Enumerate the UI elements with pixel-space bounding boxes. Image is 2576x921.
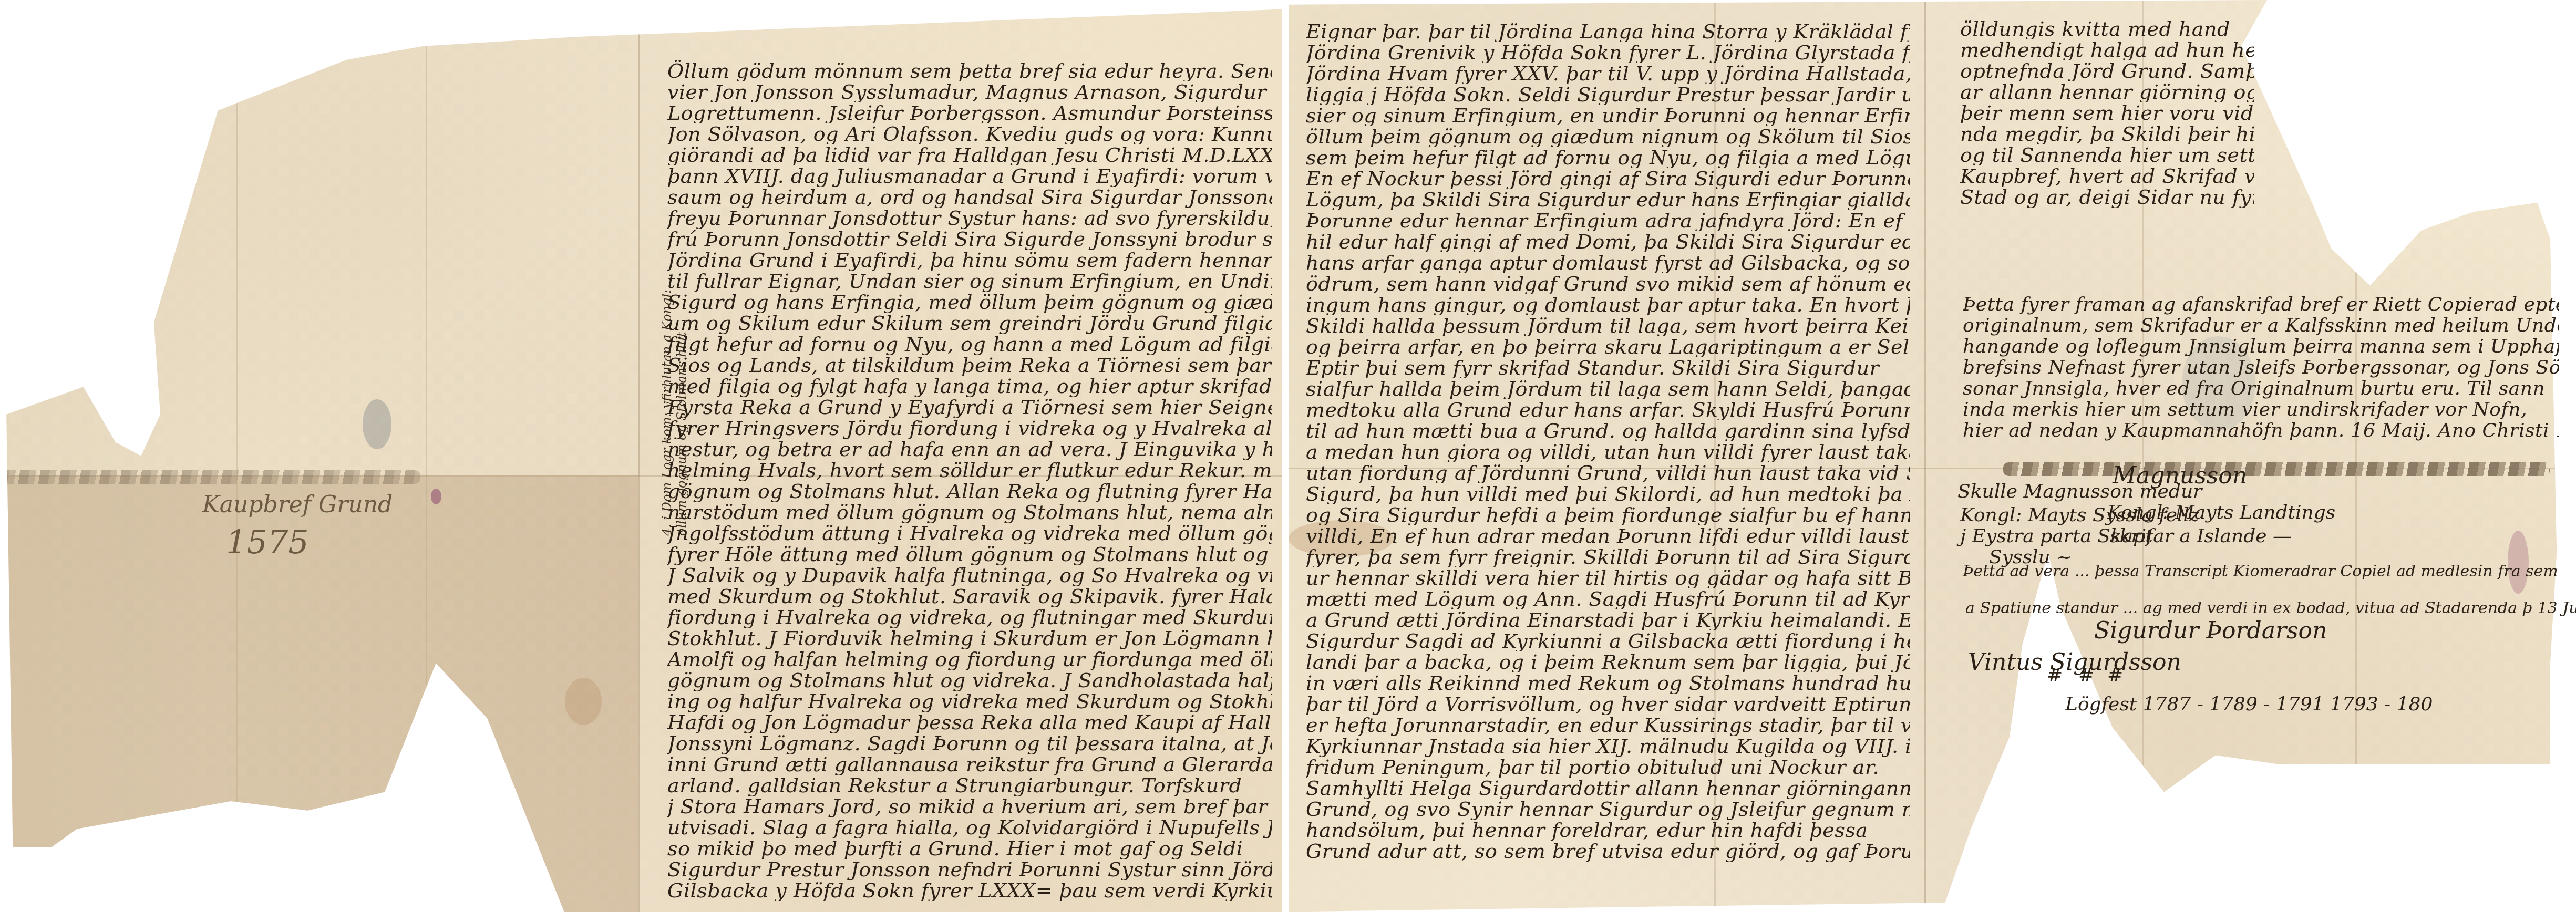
manuscript-line: medhendigt halga ad hun hefdi full (1960, 39, 2254, 60)
manuscript-line: sialfur hallda þeim Jördum til laga sem … (1306, 378, 1910, 399)
manuscript-line: originalnum, sem Skrifadur er a Kalfsski… (1963, 315, 2559, 336)
manuscript-line: fyrer Hringsvers Jördu fiordung i vidrek… (667, 418, 1272, 439)
deed-text-column-2: Eignar þar. þar til Jördina Langa hina S… (1306, 21, 1910, 862)
manuscript-line: so mikid þo med þurfti a Grund. Hier i m… (667, 838, 1272, 859)
manuscript-line: Sios og Lands, at tilskildum þeim Reka a… (667, 355, 1272, 376)
manuscript-line: mætti med Lögum og Ann. Sagdi Husfrú Þor… (1306, 588, 1910, 609)
binding-thread (0, 470, 420, 484)
manuscript-line: handsölum, þui hennar foreldrar, edur hi… (1306, 820, 1910, 841)
manuscript-line: med Skurdum og Stokhlut. Saravik og Skip… (667, 586, 1272, 607)
manuscript-line: ölldungis kvitta med hand (1960, 18, 2254, 39)
manuscript-line: ing og halfur Hvalreka og vidreka med Sk… (667, 691, 1272, 712)
manuscript-line: villdi, En ef hun adrar medan Þorunn lif… (1306, 525, 1910, 546)
manuscript-line: ödrum, sem hann vidgaf Grund svo mikid s… (1306, 273, 1910, 294)
manuscript-line: gögnum og Stolmans hlut og vidreka. J Sa… (667, 670, 1272, 691)
manuscript-line: sem þeim hefur filgt ad fornu og Nyu, og… (1306, 147, 1910, 168)
manuscript-line: Sigurd og hans Erfingia, med öllum þeim … (667, 292, 1272, 313)
manuscript-line: Fyrsta Reka a Grund y Eyafyrdi a Tiörnes… (667, 397, 1272, 418)
manuscript-line: J Salvik og y Dupavik halfa flutninga, o… (667, 565, 1272, 586)
manuscript-line: og Sira Sigurdur hefdi a þeim fiordunge … (1306, 504, 1910, 525)
endorsement-title: Kaupbref Grund (202, 491, 393, 518)
manuscript-line: a medan hun giora og villdi, utan hun vi… (1306, 441, 1910, 462)
manuscript-line: Þorunne edur hennar Erfingium adra jafnd… (1306, 210, 1910, 231)
fold-line (2355, 0, 2357, 921)
signature-line: skrifar a Islande — (2110, 525, 2292, 547)
manuscript-line: Eptir þui sem fyrr skrifad Standur. Skil… (1306, 357, 1910, 378)
signature-line: Kongl: Mayts Landtings (2107, 502, 2335, 523)
manuscript-line: er hefta Jorunnarstadir, en edur Kussiri… (1306, 715, 1910, 736)
manuscript-line: arland. galldsian Rekstur a Strungiarbun… (667, 775, 1272, 796)
notary-note-line: a Spatiune standur ... ag med verdi in e… (1965, 599, 2576, 617)
manuscript-line: ingum hans gingur, og domlaust þar aptur… (1306, 294, 1910, 315)
manuscript-line: fridum Peningum, þar til portio obitulud… (1306, 757, 1910, 778)
manuscript-line: fyrer Höle ättung med öllum gögnum og St… (667, 544, 1272, 565)
manuscript-line: Sigurd, þa hun villdi med þui Skilordi, … (1306, 483, 1910, 504)
mark-symbol: # (2078, 665, 2094, 686)
signature-witness: Vintus Sigurdsson (1968, 649, 2181, 676)
signature-line: Magnusson (2113, 462, 2247, 489)
manuscript-line: þann XVIIJ. dag Juliusmanadar a Grund i … (667, 165, 1272, 187)
manuscript-line: hil edur half gingi af med Domi, þa Skil… (1306, 231, 1910, 252)
manuscript-line: Kyrkiunnar Jnstada sia hier XIJ. mälnudu… (1306, 736, 1910, 757)
manuscript-line: Skildi hallda þessum Jördum til laga, se… (1306, 315, 1910, 336)
fold-line (426, 0, 427, 921)
manuscript-line: giörandi ad þa lidid var fra Halldgan Je… (667, 144, 1272, 165)
manuscript-line: liggia j Höfda Sokn. Seldi Sigurdur Pres… (1306, 84, 1910, 105)
manuscript-line: þeir menn sem hier voru vidstaddir, (1960, 102, 2254, 123)
manuscript-line: optnefnda Jörd Grund. Samþyktu (1960, 60, 2254, 81)
manuscript-line: Jördina Grenivik y Höfda Sokn fyrer L. J… (1306, 42, 1910, 63)
manuscript-line: sier og sinum Erfingium, en undir Þorunn… (1306, 105, 1910, 126)
manuscript-line: Sigurdur Prestur Jonsson nefndri Þorunni… (667, 859, 1272, 880)
manuscript-line: hier ad nedan y Kaupmannahöfn þann. 16 M… (1963, 420, 2559, 441)
manuscript-line: filgt hefur ad fornu og Nyu, og hann a m… (667, 334, 1272, 355)
signature-sigurdur-thordarson: Sigurdur Þordarson (2094, 617, 2327, 644)
manuscript-line: fyrer, þa sem fyrr freignir. Skilldi Þor… (1306, 546, 1910, 567)
manuscript-line: saum og heirdum a, ord og handsal Sira S… (667, 187, 1272, 208)
manuscript-line: um og Skilum edur Skilum sem greindri Jö… (667, 313, 1272, 334)
manuscript-line: in væri alls Reikinnd med Rekum og Stolm… (1306, 672, 1910, 694)
manuscript-line: vier Jon Jonsson Sysslumadur, Magnus Arn… (667, 81, 1272, 102)
attestation-paragraph: Þetta fyrer framan ag afanskrifad bref e… (1963, 294, 2559, 441)
manuscript-line: ur hennar skilldi vera hier til hirtis o… (1306, 567, 1910, 588)
endorsement-year: 1575 (226, 523, 309, 561)
fold-line (1924, 0, 1926, 921)
manuscript-line: inni Grund ætti gallannausa reikstur fra… (667, 754, 1272, 775)
binding-thread (2003, 462, 2550, 476)
mark-symbol: # (2107, 665, 2123, 686)
manuscript-line: til ad hun mætti bua a Grund. og hallda … (1306, 420, 1910, 441)
manuscript-line: Gilsbacka y Höfda Sokn fyrer LXXX= þau s… (667, 880, 1272, 901)
manuscript-line: frú Þorunn Jonsdottir Seldi Sira Sigurde… (667, 229, 1272, 250)
manuscript-line: og til Sannenda hier um settum vier vo (1960, 144, 2254, 165)
manuscript-line: til fullrar Eignar, Undan sier og sinum … (667, 271, 1272, 292)
manuscript-line: inda merkis hier um settum vier undirskr… (1963, 399, 2559, 420)
deed-text-column-1: Öllum gödum mönnum sem þetta bref sia ed… (667, 60, 1272, 901)
purple-stain (431, 489, 441, 504)
manuscript-line: Jngolfsstödum ättung i Hvalreka og vidre… (667, 523, 1272, 544)
manuscript-line: hans arfar ganga aptur domlaust fyrst ad… (1306, 252, 1910, 273)
manuscript-line: nda megdir, þa Skildi þeir hier um la (1960, 123, 2254, 144)
manuscript-line: Logrettumenn. Jsleifur Þorbergsson. Asmu… (667, 102, 1272, 123)
ink-stain (363, 399, 391, 449)
manuscript-line: med filgia og fylgt hafa y langa tima, o… (667, 376, 1272, 397)
manuscript-line: Amolfi og halfan helming og fiordung ur … (667, 649, 1272, 670)
manuscript-line: Grund, og svo Synir hennar Sigurdur og J… (1306, 799, 1910, 820)
fold-line (638, 0, 640, 921)
outer-fold-panel (0, 475, 638, 921)
manuscript-line: Kaupbref, hvert ad Skrifad var a öllum (1960, 165, 2254, 187)
manuscript-line: brefsins Nefnast fyrer utan Jsleifs Þorb… (1963, 357, 2559, 378)
deed-text-column-3: ölldungis kvitta med handmedhendigt halg… (1960, 18, 2254, 208)
manuscript-line: Jördina Grund i Eyafirdi, þa hinu sömu s… (667, 250, 1272, 271)
manuscript-line: narstödum med öllum gögnum og Stolmans h… (667, 502, 1272, 523)
mark-symbol: # (2047, 665, 2063, 686)
manuscript-line: Jon Sölvason, og Ari Olafsson. Kvediu gu… (667, 123, 1272, 144)
manuscript-line: Þetta fyrer framan ag afanskrifad bref e… (1963, 294, 2559, 315)
manuscript-line: sonar Jnnsigla, hver ed fra Originalnum … (1963, 378, 2559, 399)
manuscript-line: þar til Jörd a Vorrisvöllum, og hver sid… (1306, 694, 1910, 715)
manuscript-line: Lögum, þa Skildi Sira Sigurdur edur hans… (1306, 189, 1910, 210)
notary-note-line: Þetta ad vera ... þessa Transcript Kiome… (1963, 562, 2558, 581)
manuscript-line: Eignar þar. þar til Jördina Langa hina S… (1306, 21, 1910, 42)
manuscript-line: Grund adur att, so sem bref utvisa edur … (1306, 841, 1910, 862)
manuscript-line: gögnum og Stolmans hlut. Allan Reka og f… (667, 481, 1272, 502)
lögfest-dates-footer: Lögfest 1787 - 1789 - 1791 1793 - 180 (2065, 694, 2433, 715)
manuscript-line: helming Hvals, hvort sem sölldur er flut… (667, 460, 1272, 481)
manuscript-line: Jördina Hvam fyrer XXV. þar til V. upp y… (1306, 63, 1910, 84)
manuscript-line: öllum þeim gögnum og giædum nignum og Sk… (1306, 126, 1910, 147)
manuscript-line: Samhyllti Helga Sigurdardottir allann he… (1306, 778, 1910, 799)
manuscript-line: ar allann hennar giörning og Kaupsk (1960, 81, 2254, 102)
manuscript-line: Jonssyni Lögmanz. Sagdi Þorunn og til þe… (667, 733, 1272, 754)
manuscript-line: fiordung i Hvalreka og vidreka, og flutn… (667, 607, 1272, 628)
manuscript-line: utan fiordung af Jördunni Grund, villdi … (1306, 462, 1910, 483)
water-stain (565, 678, 602, 725)
manuscript-line: Sigurdur Sagdi ad Kyrkiunni a Gilsbacka … (1306, 630, 1910, 651)
manuscript-line: Öllum gödum mönnum sem þetta bref sia ed… (667, 60, 1272, 81)
manuscript-line: Stad og ar, deigi Sidar nu fyrr Seigir (1960, 187, 2254, 208)
manuscript-line: En ef Nockur þessi Jörd gingi af Sira Si… (1306, 168, 1910, 189)
manuscript-line: og þeirra arfar, en þo þeirra skaru Laga… (1306, 336, 1910, 357)
manuscript-line: j Stora Hamars Jord, so mikid a hverium … (667, 796, 1272, 817)
manuscript-line: Stokhlut. J Fiorduvik helming i Skurdum … (667, 628, 1272, 649)
manuscript-line: utvisadi. Slag a fagra hialla, og Kolvid… (667, 817, 1272, 838)
manuscript-line: hangande og loflegum Jnnsiglum þeirra ma… (1963, 336, 2559, 357)
manuscript-line: freyu Þorunnar Jonsdottur Systur hans: a… (667, 208, 1272, 229)
manuscript-line: landi þar a backa, og i þeim Reknum sem … (1306, 651, 1910, 672)
manuscript-line: medtoku alla Grund edur hans arfar. Skyl… (1306, 399, 1910, 420)
manuscript-line: a Grund ætti Jördina Einarstadi þar i Ky… (1306, 609, 1910, 630)
manuscript-line: nestur, og betra er ad hafa enn an ad ve… (667, 439, 1272, 460)
manuscript-line: Hafdi og Jon Lögmadur þessa Reka alla me… (667, 712, 1272, 733)
